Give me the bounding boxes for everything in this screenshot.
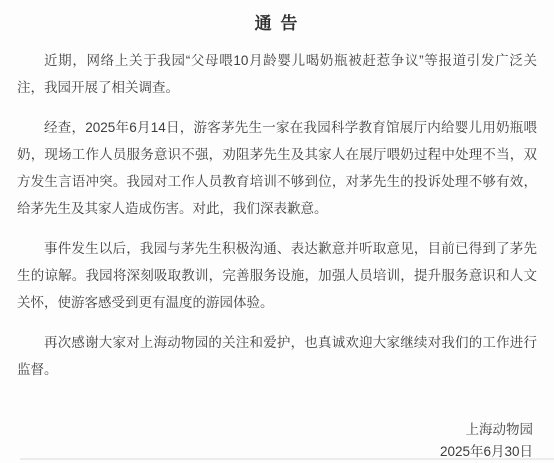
notice-paragraph: 经查，2025年6月14日，游客茅先生一家在我园科学教育馆展厅内给婴儿用奶瓶喂奶… [17, 114, 537, 222]
notice-body: 近期，网络上关于我园“父母喂10月龄婴儿喝奶瓶被赶惹争议”等报道引发广泛关注，我… [17, 47, 537, 383]
signature-name: 上海动物园 [17, 419, 533, 441]
notice-title: 通 告 [17, 10, 537, 37]
notice-paragraph: 事件发生以后，我园与茅先生积极沟通、表达歉意并听取意见，目前已得到了茅先生的谅解… [17, 235, 537, 316]
notice-paragraph: 再次感谢大家对上海动物园的关注和爱护，也真诚欢迎大家继续对我们的工作进行监督。 [17, 329, 537, 383]
notice-document: 通 告 近期，网络上关于我园“父母喂10月龄婴儿喝奶瓶被赶惹争议”等报道引发广泛… [0, 0, 554, 463]
signature-block: 上海动物园 2025年6月30日 [17, 419, 537, 463]
notice-paragraph: 近期，网络上关于我园“父母喂10月龄婴儿喝奶瓶被赶惹争议”等报道引发广泛关注，我… [17, 47, 537, 101]
bottom-edge-divider [20, 458, 554, 460]
